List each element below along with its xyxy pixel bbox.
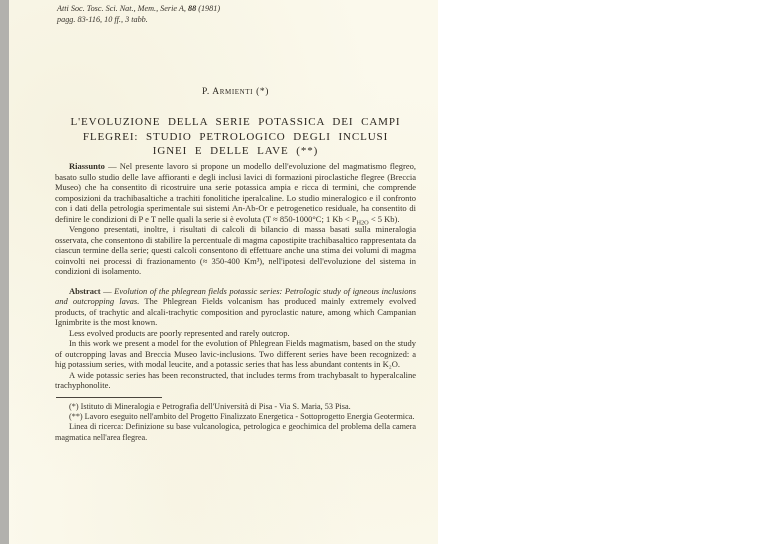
riassunto-text-b: < 5 Kb). <box>369 214 400 224</box>
riassunto-paragraph-2: Vengono presentati, inoltre, i risultati… <box>55 224 416 277</box>
body-text: Riassunto — Nel presente lavoro si propo… <box>55 161 416 443</box>
abstract-paragraph-3: In this work we present a model for the … <box>55 338 416 370</box>
footnote-rule <box>56 397 162 398</box>
footnote-project: (**) Lavoro eseguito nell'ambito del Pro… <box>55 412 416 422</box>
journal-header-line1: Atti Soc. Tosc. Sci. Nat., Mem., Serie A… <box>57 3 220 14</box>
journal-year: (1981) <box>196 4 220 13</box>
abstract-paragraph-4: A wide potassic series has been reconstr… <box>55 370 416 391</box>
abstract-section: Abstract — Evolution of the phlegrean fi… <box>55 286 416 391</box>
journal-header-line2: pagg. 83-116, 10 ff., 3 tabb. <box>57 14 220 25</box>
abstract-paragraph-2: Less evolved products are poorly represe… <box>55 328 416 339</box>
paper-title: L'EVOLUZIONE DELLA SERIE POTASSICA DEI C… <box>55 115 416 159</box>
journal-volume: 88 <box>188 4 196 13</box>
footnotes: (*) Istituto di Mineralogia e Petrografi… <box>55 397 416 444</box>
journal-name: Atti Soc. Tosc. Sci. Nat., Mem., Serie A… <box>57 4 188 13</box>
paper-title-line1: L'EVOLUZIONE DELLA SERIE POTASSICA DEI C… <box>55 115 416 130</box>
abstract-label: Abstract <box>69 286 101 296</box>
paper-title-line2: FLEGREI: STUDIO PETROLOGICO DEGLI INCLUS… <box>55 130 416 145</box>
footnote-affiliation: (*) Istituto di Mineralogia e Petrografi… <box>55 402 416 412</box>
footnote-research-line: Linea di ricerca: Definizione su base vu… <box>55 422 416 443</box>
journal-header: Atti Soc. Tosc. Sci. Nat., Mem., Serie A… <box>57 3 220 25</box>
riassunto-paragraph-1: Riassunto — Nel presente lavoro si propo… <box>55 161 416 224</box>
abstract-dash: — <box>101 286 115 296</box>
paper-title-line3: IGNEI E DELLE LAVE (**) <box>55 144 416 159</box>
scanned-paper-page: Atti Soc. Tosc. Sci. Nat., Mem., Serie A… <box>0 0 768 544</box>
author-line: P. Armienti (*) <box>55 87 416 97</box>
page: Atti Soc. Tosc. Sci. Nat., Mem., Serie A… <box>9 0 438 544</box>
scan-edge-strip <box>0 0 9 544</box>
abstract-paragraph-1: Abstract — Evolution of the phlegrean fi… <box>55 286 416 328</box>
riassunto-label: Riassunto <box>69 161 105 171</box>
riassunto-dash: — <box>105 161 120 171</box>
